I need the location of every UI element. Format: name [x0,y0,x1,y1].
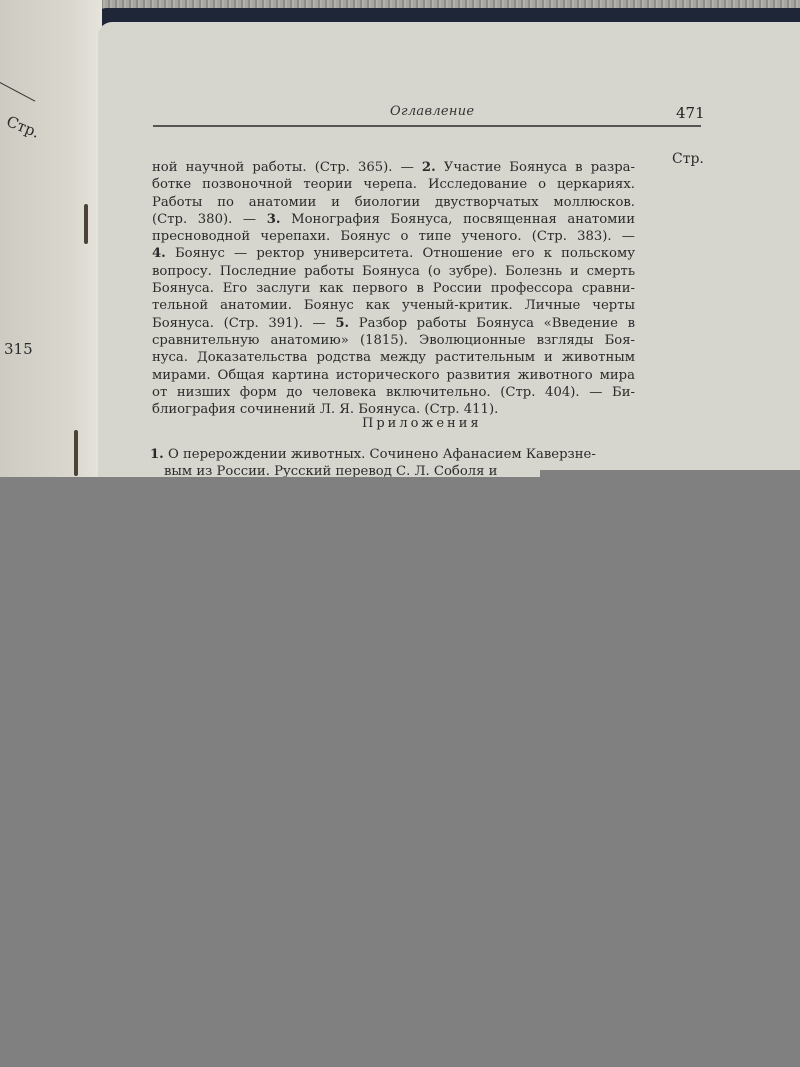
toc-body-text: ной научной работы. (Стр. 365). — 2. Уча… [152,159,635,418]
toc-line: мирами. Общая картина исторического разв… [152,367,635,384]
header-rule [153,125,701,127]
toc-line: ботке позвоночной теории черепа. Исследо… [152,176,635,193]
running-title: Оглавление [390,104,474,119]
redaction-overlay [540,470,800,480]
toc-line: ной научной работы. (Стр. 365). — 2. Уча… [152,159,635,176]
page-column-label: Стр. [672,151,704,167]
toc-line: от низших форм до человека включительно.… [152,384,635,401]
toc-line: вопросу. Последние работы Боянуса (о зуб… [152,263,635,280]
toc-line: Боянуса. Его заслуги как первого в Росси… [152,280,635,297]
redaction-overlay [0,477,800,1067]
toc-line: Боянуса. (Стр. 391). — 5. Разбор работы … [152,315,635,332]
toc-line: нуса. Доказательства родства между расти… [152,349,635,366]
toc-line: пресноводной черепахи. Боянус о типе уче… [152,228,635,245]
left-page-page-ref: 315 [4,340,33,358]
spine-stitch-mark [84,204,88,244]
toc-line: тельной анатомии. Боянус как ученый-крит… [152,297,635,314]
appendix-entry-number: 1. [150,447,164,462]
appendix-section-title: Приложения [362,416,482,431]
left-page-rule [0,82,35,102]
left-page-column-label: Стр. [4,112,42,141]
toc-line: Работы по анатомии и биологии двустворча… [152,194,635,211]
appendix-entry-line-1: 1. О перерождении животных. Сочинено Афа… [150,446,635,463]
page-number: 471 [676,104,705,122]
toc-line: (Стр. 380). — 3. Монография Боянуса, пос… [152,211,635,228]
spine-stitch-mark [74,430,78,476]
appendix-entry-text: О перерождении животных. Сочинено Афанас… [168,447,596,462]
toc-line: сравнительную анатомию» (1815). Эволюцио… [152,332,635,349]
toc-line: 4. Боянус — ректор университета. Отношен… [152,245,635,262]
